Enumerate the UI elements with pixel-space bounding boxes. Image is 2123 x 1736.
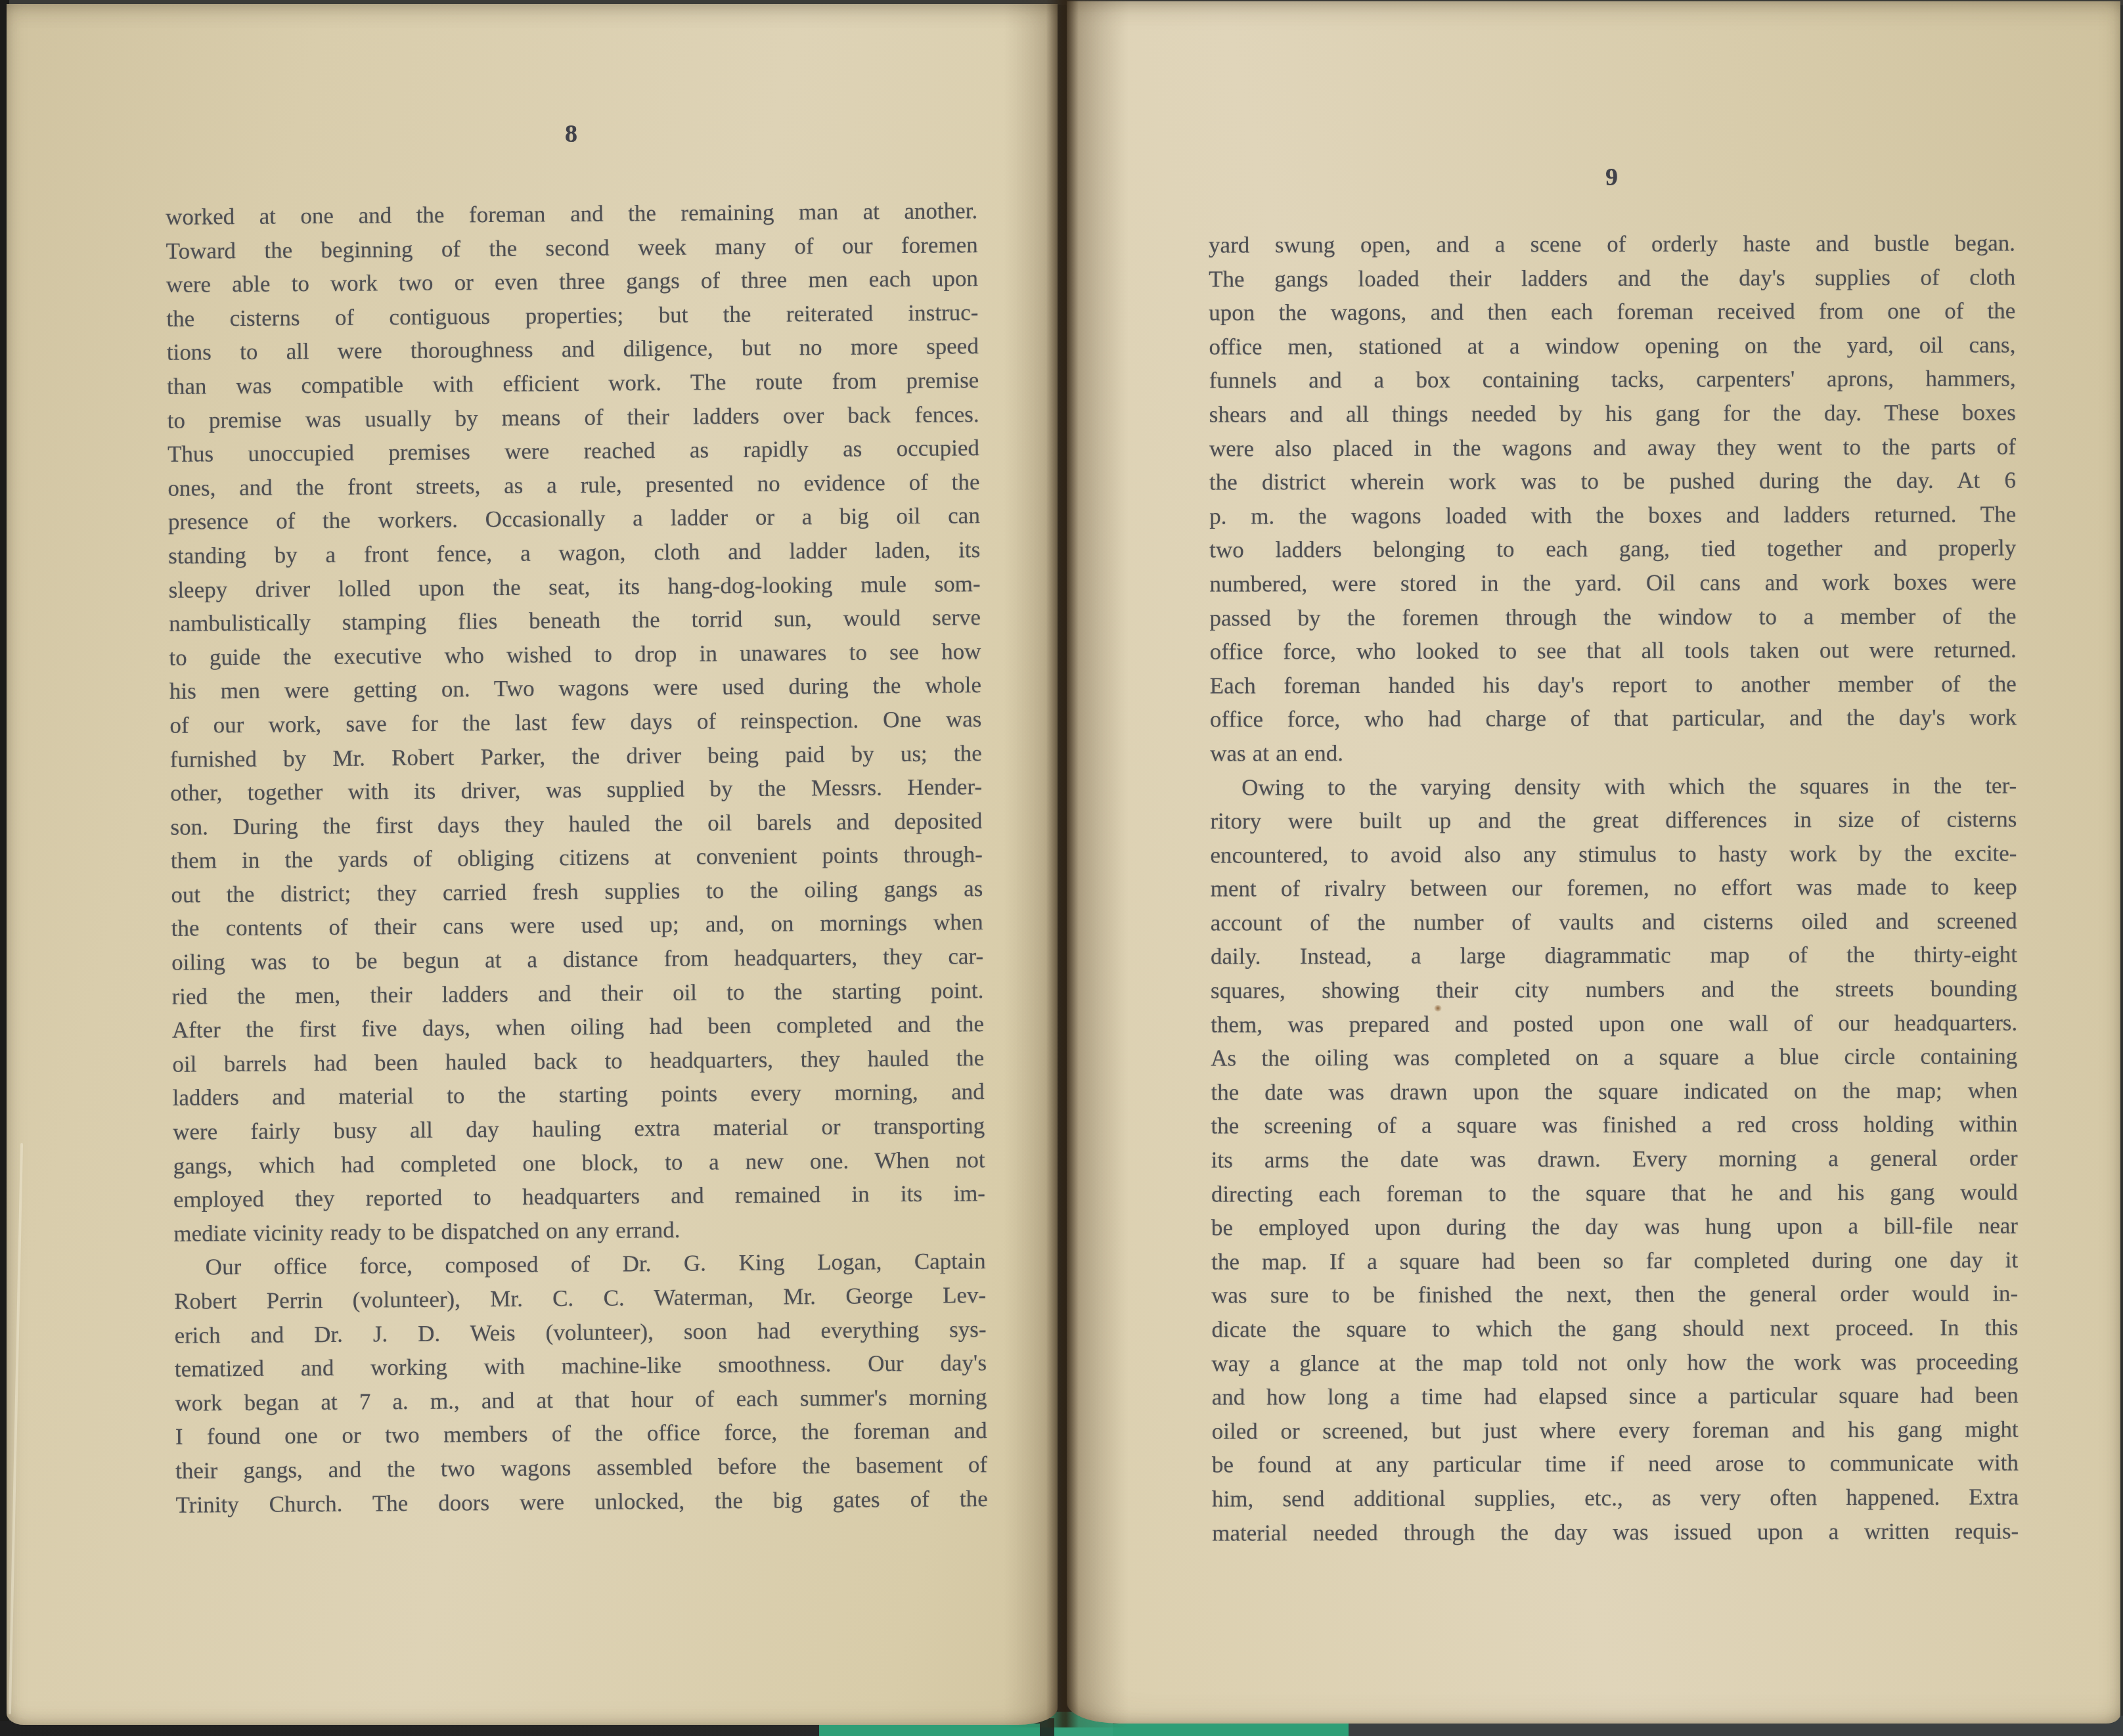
text-line: were able to work two or even three gang… xyxy=(166,261,978,301)
text-line: Owing to the varying density with which … xyxy=(1210,768,2017,805)
text-line: upon the wagons, and then each foreman r… xyxy=(1209,294,2015,330)
text-line: Trinity Church. The doors were unlocked,… xyxy=(175,1482,987,1522)
text-line: them in the yards of obliging citizens a… xyxy=(171,837,983,878)
text-line: were fairly busy all day hauling extra m… xyxy=(173,1109,985,1149)
text-line: the map. If a square had been so far com… xyxy=(1211,1243,2018,1279)
foxing-stain xyxy=(1433,1005,1442,1012)
right-page: 9 yard swung open, and a scene of orderl… xyxy=(1067,1,2120,1724)
text-line: the district wherein work was to be push… xyxy=(1209,464,2016,500)
text-line: Thus unoccupied premises were reached as… xyxy=(168,431,979,471)
text-line: oiled or screened, but just where every … xyxy=(1212,1412,2019,1448)
text-line: worked at one and the foreman and the re… xyxy=(166,194,977,234)
text-line: As the oiling was completed on a square … xyxy=(1211,1040,2017,1076)
text-line: office men, stationed at a window openin… xyxy=(1209,328,2015,364)
text-line: squares, showing their city numbers and … xyxy=(1211,971,2017,1008)
left-page-number: 8 xyxy=(166,120,977,148)
text-line: the screening of a square was finished a… xyxy=(1211,1107,2018,1144)
text-line: Robert Perrin (volunteer), Mr. C. C. Wat… xyxy=(174,1278,986,1318)
text-line: his men were getting on. Two wagons were… xyxy=(169,668,981,708)
text-line: p. m. the wagons loaded with the boxes a… xyxy=(1209,497,2016,533)
text-line: Each foreman handed his day's report to … xyxy=(1210,667,2017,703)
text-line: its arms the date was drawn. Every morni… xyxy=(1211,1141,2018,1177)
text-line: be found at any particular time if need … xyxy=(1212,1446,2019,1482)
right-page-number: 9 xyxy=(1209,163,2015,192)
text-line: way a glance at the map told not only ho… xyxy=(1211,1345,2018,1381)
left-page-text: worked at one and the foreman and the re… xyxy=(166,194,988,1522)
text-line: were also placed in the wagons and away … xyxy=(1209,430,2016,466)
text-line: directing each foreman to the square tha… xyxy=(1211,1175,2018,1211)
text-line: employed they reported to headquarters a… xyxy=(173,1176,985,1216)
text-line: be employed upon during the day was hung… xyxy=(1211,1209,2018,1245)
text-line: oiling was to be begun at a distance fro… xyxy=(171,939,983,979)
text-line: After the first five days, when oiling h… xyxy=(172,1007,984,1047)
text-line: office force, who looked to see that all… xyxy=(1210,633,2017,669)
text-line: was sure to be finished the next, then t… xyxy=(1211,1277,2018,1313)
text-line: the date was drawn upon the square indic… xyxy=(1211,1073,2017,1109)
text-line: encountered, to avoid also any stimulus … xyxy=(1210,836,2017,872)
text-line: account of the number of vaults and cist… xyxy=(1211,904,2017,940)
text-line: numbered, were stored in the yard. Oil c… xyxy=(1209,565,2016,601)
text-line: was at an end. xyxy=(1210,734,2017,770)
text-line: ment of rivalry between our foremen, no … xyxy=(1211,870,2017,906)
text-line: two ladders belonging to each gang, tied… xyxy=(1209,531,2016,568)
text-line: shears and all things needed by his gang… xyxy=(1209,395,2016,432)
text-line: other, together with its driver, was sup… xyxy=(170,770,982,810)
text-line: office force, who had charge of that par… xyxy=(1210,701,2017,737)
text-line: material needed through the day was issu… xyxy=(1212,1514,2019,1550)
text-line: passed by the foremen through the window… xyxy=(1209,599,2016,635)
text-line: ritory were built up and the great diffe… xyxy=(1210,802,2017,838)
text-line: standing by a front fence, a wagon, clot… xyxy=(168,533,980,573)
text-line: and how long a time had elapsed since a … xyxy=(1212,1379,2019,1415)
text-line: daily. Instead, a large diagrammatic map… xyxy=(1211,938,2017,974)
text-line: their gangs, and the two wagons assemble… xyxy=(175,1448,987,1488)
text-line: him, send additional supplies, etc., as … xyxy=(1212,1480,2019,1516)
text-line: of our work, save for the last few days … xyxy=(169,702,981,742)
scanned-book-spread: 8 worked at one and the foreman and the … xyxy=(0,0,2123,1736)
text-line: yard swung open, and a scene of orderly … xyxy=(1209,226,2015,262)
text-line: funnels and a box containing tacks, carp… xyxy=(1209,362,2016,398)
text-line: than was compatible with efficient work.… xyxy=(167,363,979,403)
text-line: tematized and working with machine-like … xyxy=(175,1346,987,1386)
text-line: them, was prepared and posted upon one w… xyxy=(1211,1006,2017,1042)
text-line: nambulistically stamping flies beneath t… xyxy=(169,600,981,640)
text-line: The gangs loaded their ladders and the d… xyxy=(1209,260,2015,296)
right-page-text: yard swung open, and a scene of orderly … xyxy=(1209,226,2019,1549)
left-page: 8 worked at one and the foreman and the … xyxy=(7,4,1058,1725)
text-line: dicate the square to which the gang shou… xyxy=(1211,1310,2018,1347)
